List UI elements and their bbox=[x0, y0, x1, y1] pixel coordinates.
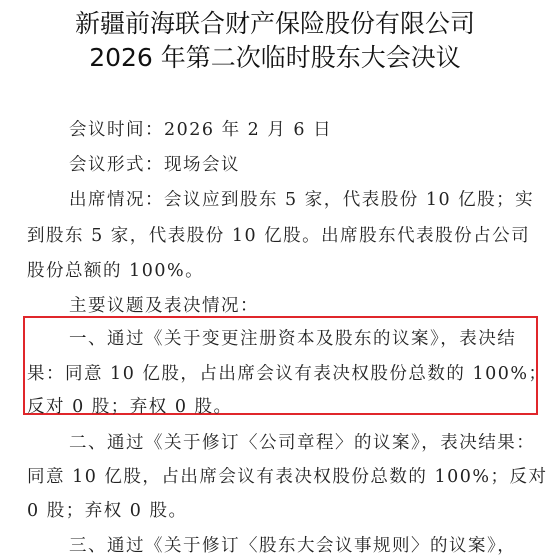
attendance-line1: 出席情况：会议应到股东 5 家，代表股份 10 亿股；实 bbox=[69, 186, 534, 211]
attendance-line2: 到股东 5 家，代表股份 10 亿股。出席股东代表股份占公司 bbox=[27, 222, 530, 247]
meeting-time: 会议时间：2026 年 2 月 6 日 bbox=[69, 116, 332, 141]
resolution-3-line1: 三、通过《关于修订〈股东大会议事规则〉的议案》， bbox=[69, 532, 516, 557]
resolution-1-line2: 果：同意 10 亿股，占出席会议有表决权股份总数的 100%； bbox=[27, 360, 548, 385]
document-title-line2: 2026 年第二次临时股东大会决议 bbox=[0, 38, 550, 74]
resolution-1-line3: 反对 0 股；弃权 0 股。 bbox=[27, 393, 233, 418]
document-title-line1: 新疆前海联合财产保险股份有限公司 bbox=[0, 4, 550, 40]
main-topics-heading: 主要议题及表决情况： bbox=[69, 292, 259, 317]
resolution-2-line3: 0 股；弃权 0 股。 bbox=[27, 497, 187, 522]
meeting-form: 会议形式：现场会议 bbox=[69, 151, 240, 176]
attendance-line3: 股份总额的 100%。 bbox=[27, 257, 204, 282]
resolution-2-line2: 同意 10 亿股，占出席会议有表决权股份总数的 100%；反对 bbox=[27, 463, 548, 488]
resolution-1-line1: 一、通过《关于变更注册资本及股东的议案》，表决结 bbox=[69, 325, 516, 350]
resolution-2-line1: 二、通过《关于修订〈公司章程〉的议案》，表决结果： bbox=[69, 429, 535, 454]
